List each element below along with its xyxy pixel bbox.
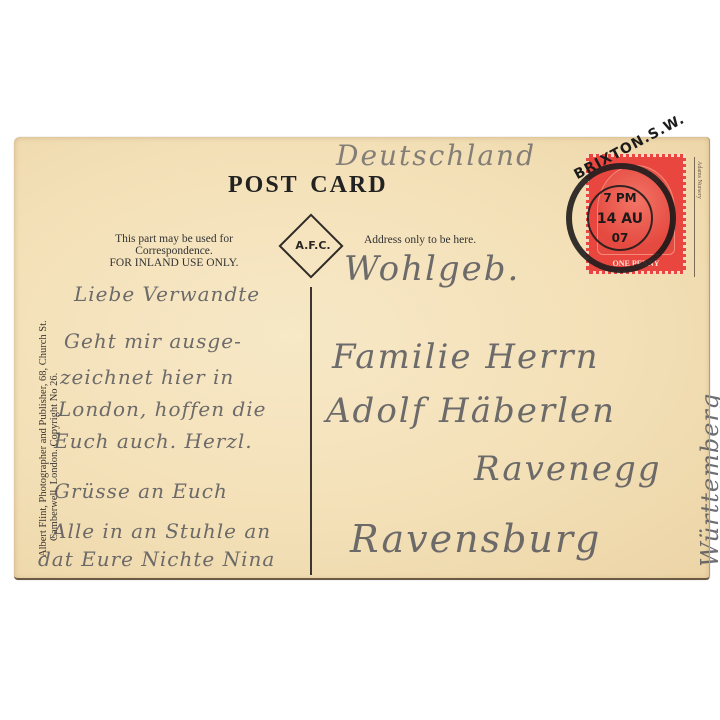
address-line: Ravenegg [474,449,662,489]
stamp-side-label: Adams Nursery [694,157,707,277]
message-line: Geht mir ausge- [64,329,242,353]
message-line: Grüsse an Euch [54,479,228,503]
postcard: POST CARD This part may be used for Corr… [14,137,710,580]
correspondence-label: This part may be used for Correspondence… [74,233,274,269]
postmark-year: 07 [587,231,653,245]
message-line: Liebe Verwandte [74,282,260,306]
message-line: London, hoffen die [58,397,266,421]
message-line: zeichnet hier in [60,365,234,389]
postmark-time: 7 PM [587,191,653,205]
postcard-heading: POST CARD [228,172,388,199]
message-line: dat Eure Nichte Nina [38,547,275,571]
message-line: Euch auch. Herzl. [54,429,253,453]
publisher-imprint: Albert Flint, Photographer and Publisher… [38,237,60,557]
address-line: Familie Herrn [332,337,600,377]
publisher-logo: A.F.C. [290,239,336,252]
divider-line [310,287,312,575]
postmark-date: 14 AU [587,211,653,227]
address-label: Address only to be here. [364,234,476,246]
address-region: Württemberg [696,393,720,567]
address-line: Wohlgeb. [344,249,520,289]
handwritten-country: Deutschland [336,139,536,172]
address-line: Adolf Häberlen [326,391,616,431]
message-line: Alle in an Stuhle an [52,519,271,543]
address-line: Ravensburg [350,517,601,561]
